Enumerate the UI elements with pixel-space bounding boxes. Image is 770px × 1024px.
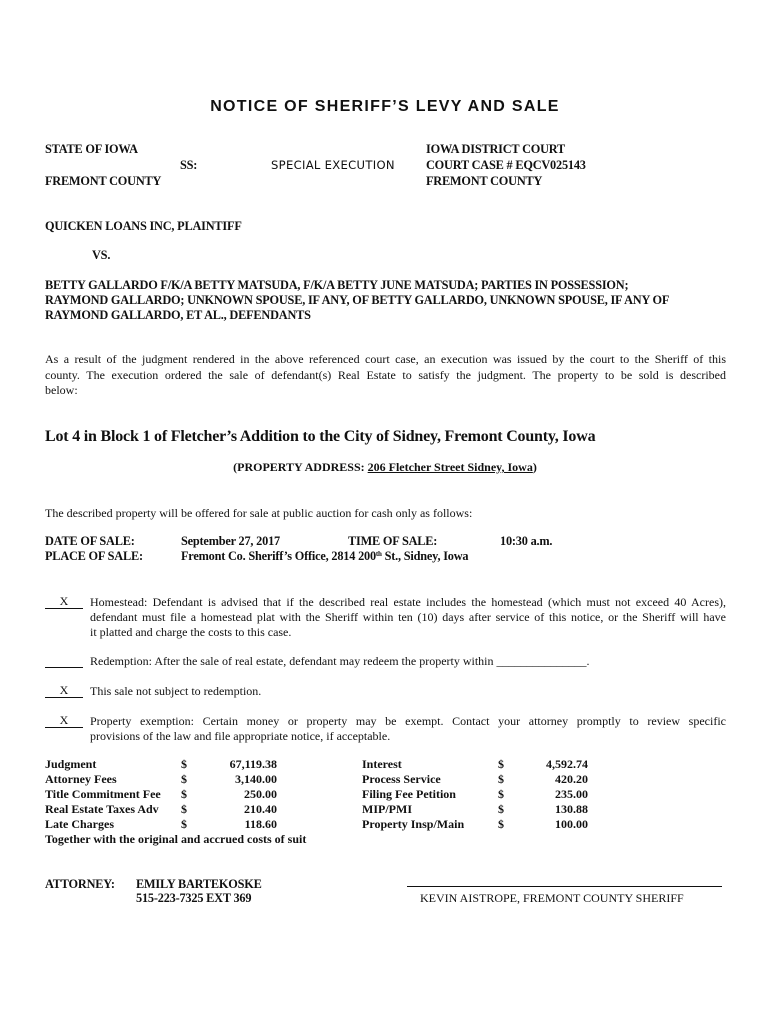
signature-line [407, 886, 722, 887]
sale-time-label: TIME OF SALE: [348, 534, 437, 549]
execution-type: SPECIAL EXECUTION [271, 158, 395, 172]
fee-amount: 4,592.74 [508, 757, 588, 772]
attorney-phone: 515-223-7325 EXT 369 [136, 891, 251, 906]
fee-currency: $ [181, 757, 187, 772]
sale-time-value: 10:30 a.m. [500, 534, 552, 549]
fee-label: Title Commitment Fee [45, 787, 161, 802]
homestead-line-1: Homestead: Defendant is advised that if … [90, 594, 726, 610]
fee-currency: $ [498, 802, 504, 817]
sale-place-rest: St., Sidney, Iowa [382, 549, 469, 563]
property-address-close: ) [533, 460, 537, 474]
no-redemption-mark: X [45, 684, 83, 698]
fee-label: Interest [362, 757, 402, 772]
fee-amount: 130.88 [508, 802, 588, 817]
sale-place-main: Fremont Co. Sheriff’s Office, 2814 200 [181, 549, 376, 563]
court-case-number: COURT CASE # EQCV025143 [426, 158, 586, 173]
exemption-line-2: provisions of the law and file appropria… [90, 728, 390, 744]
fee-label: Attorney Fees [45, 772, 117, 787]
ss-label: SS: [180, 158, 197, 173]
exemption-line-1: Property exemption: Certain money or pro… [90, 713, 726, 729]
court-county: FREMONT COUNTY [426, 174, 542, 189]
court-name: IOWA DISTRICT COURT [426, 142, 565, 157]
property-address-value: 206 Fletcher Street Sidney, Iowa [368, 460, 533, 474]
plaintiff: QUICKEN LOANS INC, PLAINTIFF [45, 219, 242, 234]
defendants-line-3: RAYMOND GALLARDO, ET AL., DEFENDANTS [45, 308, 311, 323]
venue-state: STATE OF IOWA [45, 142, 138, 157]
defendants-line-2: RAYMOND GALLARDO; UNKNOWN SPOUSE, IF ANY… [45, 293, 669, 308]
fee-amount: 250.00 [197, 787, 277, 802]
intro-line-3: below: [45, 382, 78, 398]
sale-intro: The described property will be offered f… [45, 505, 472, 521]
fee-amount: 118.60 [197, 817, 277, 832]
redemption-text: Redemption: After the sale of real estat… [90, 653, 590, 669]
fee-label: Property Insp/Main [362, 817, 464, 832]
fee-label: Filing Fee Petition [362, 787, 456, 802]
venue-county: FREMONT COUNTY [45, 174, 161, 189]
property-address: (PROPERTY ADDRESS: 206 Fletcher Street S… [0, 460, 770, 475]
legal-description: Lot 4 in Block 1 of Fletcher’s Addition … [45, 428, 595, 446]
fee-currency: $ [181, 772, 187, 787]
fee-currency: $ [498, 787, 504, 802]
fee-currency: $ [498, 757, 504, 772]
sheriff-signature-name: KEVIN AISTROPE, FREMONT COUNTY SHERIFF [420, 890, 684, 906]
versus: VS. [92, 248, 110, 263]
property-address-label: (PROPERTY ADDRESS: [233, 460, 367, 474]
sale-place-value: Fremont Co. Sheriff’s Office, 2814 200th… [181, 549, 468, 564]
sale-date-value: September 27, 2017 [181, 534, 280, 549]
fee-label: MIP/PMI [362, 802, 412, 817]
fee-amount: 3,140.00 [197, 772, 277, 787]
sale-place-label: PLACE OF SALE: [45, 549, 143, 564]
no-redemption-text: This sale not subject to redemption. [90, 683, 261, 699]
attorney-name: EMILY BARTEKOSKE [136, 877, 262, 892]
fee-amount: 210.40 [197, 802, 277, 817]
redemption-mark [45, 654, 83, 668]
fee-currency: $ [181, 787, 187, 802]
fee-amount: 420.20 [508, 772, 588, 787]
sale-date-label: DATE OF SALE: [45, 534, 135, 549]
intro-line-1: As a result of the judgment rendered in … [45, 351, 726, 367]
fee-label: Process Service [362, 772, 441, 787]
intro-line-2: county. The execution ordered the sale o… [45, 367, 726, 383]
attorney-label: ATTORNEY: [45, 877, 115, 892]
fee-label: Judgment [45, 757, 96, 772]
fee-amount: 100.00 [508, 817, 588, 832]
fee-currency: $ [498, 772, 504, 787]
fee-amount: 67,119.38 [197, 757, 277, 772]
fee-currency: $ [498, 817, 504, 832]
fee-amount: 235.00 [508, 787, 588, 802]
fee-label: Real Estate Taxes Adv [45, 802, 159, 817]
document-title: NOTICE OF SHERIFF’S LEVY AND SALE [0, 98, 770, 116]
fee-label: Late Charges [45, 817, 114, 832]
homestead-line-2: defendant must file a homestead plat wit… [90, 609, 726, 625]
fee-currency: $ [181, 817, 187, 832]
exemption-mark: X [45, 714, 83, 728]
defendants-line-1: BETTY GALLARDO F/K/A BETTY MATSUDA, F/K/… [45, 278, 628, 293]
fees-footer: Together with the original and accrued c… [45, 832, 306, 847]
fee-currency: $ [181, 802, 187, 817]
homestead-line-3: it platted and charge the costs to this … [90, 624, 291, 640]
homestead-mark: X [45, 595, 83, 609]
